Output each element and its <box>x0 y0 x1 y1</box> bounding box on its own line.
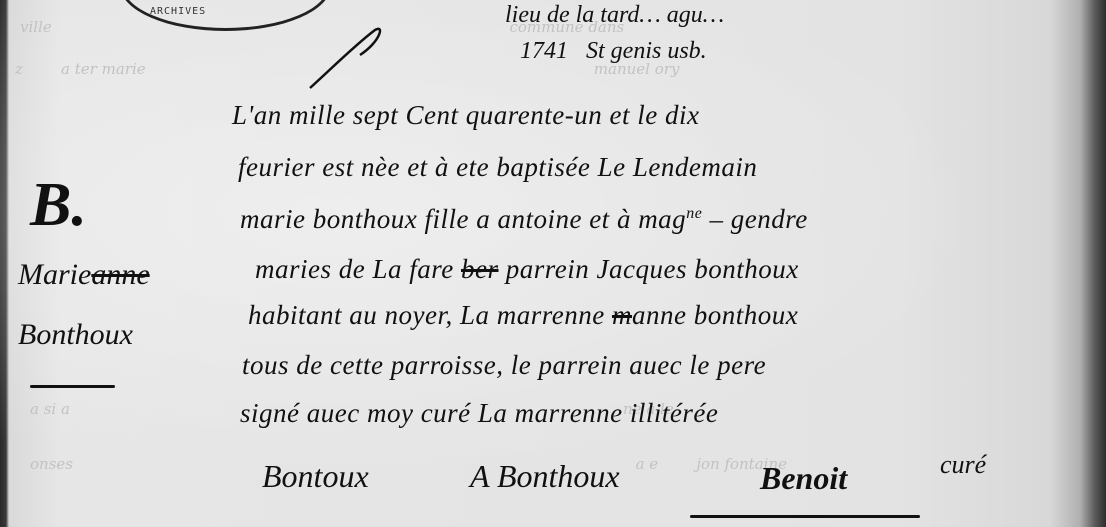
bleed-through-text: onses a e jon fontaine <box>30 455 787 473</box>
record-line-4: maries de La fare ber parrein Jacques bo… <box>255 254 799 285</box>
header-place: St genis usb. <box>586 38 707 64</box>
margin-surname: Bonthoux <box>18 318 133 352</box>
flourish-stroke <box>300 20 390 90</box>
margin-struck-text: anne <box>91 258 149 291</box>
margin-underline <box>30 385 115 388</box>
struck-word: ber <box>461 254 499 284</box>
signature-bontoux: Bontoux <box>262 458 369 495</box>
signature-a-bonthoux: A Bonthoux <box>470 458 620 495</box>
header-year: 1741 <box>520 38 568 64</box>
register-page: ville commune dans z a ter marie <box>0 0 1106 527</box>
record-line-7: signé auec moy curé La marrenne illitéré… <box>240 398 718 429</box>
margin-initial: B. <box>30 170 87 241</box>
archive-stamp-text: ARCHIVES <box>150 6 206 17</box>
record-line-5: habitant au noyer, La marrenne manne bon… <box>248 300 798 331</box>
record-line-1: L'an mille sept Cent quarente-un et le d… <box>232 100 699 131</box>
margin-given-name: Marieanne <box>18 258 150 292</box>
record-line-6: tous de cette parroisse, le parrein auec… <box>242 350 766 381</box>
signature-title-cure: curé <box>940 450 986 480</box>
signature-underline <box>690 515 920 518</box>
record-line-3: marie bonthoux fille a antoine et à magn… <box>240 204 808 235</box>
header-line-1: lieu de la tard… agu… <box>505 2 724 29</box>
header-line-2: 1741 St genis usb. <box>520 38 707 65</box>
signature-benoit: Benoit <box>760 460 847 497</box>
record-line-2: feurier est nèe et à ete baptisée Le Len… <box>238 152 757 183</box>
struck-word: m <box>612 300 632 330</box>
